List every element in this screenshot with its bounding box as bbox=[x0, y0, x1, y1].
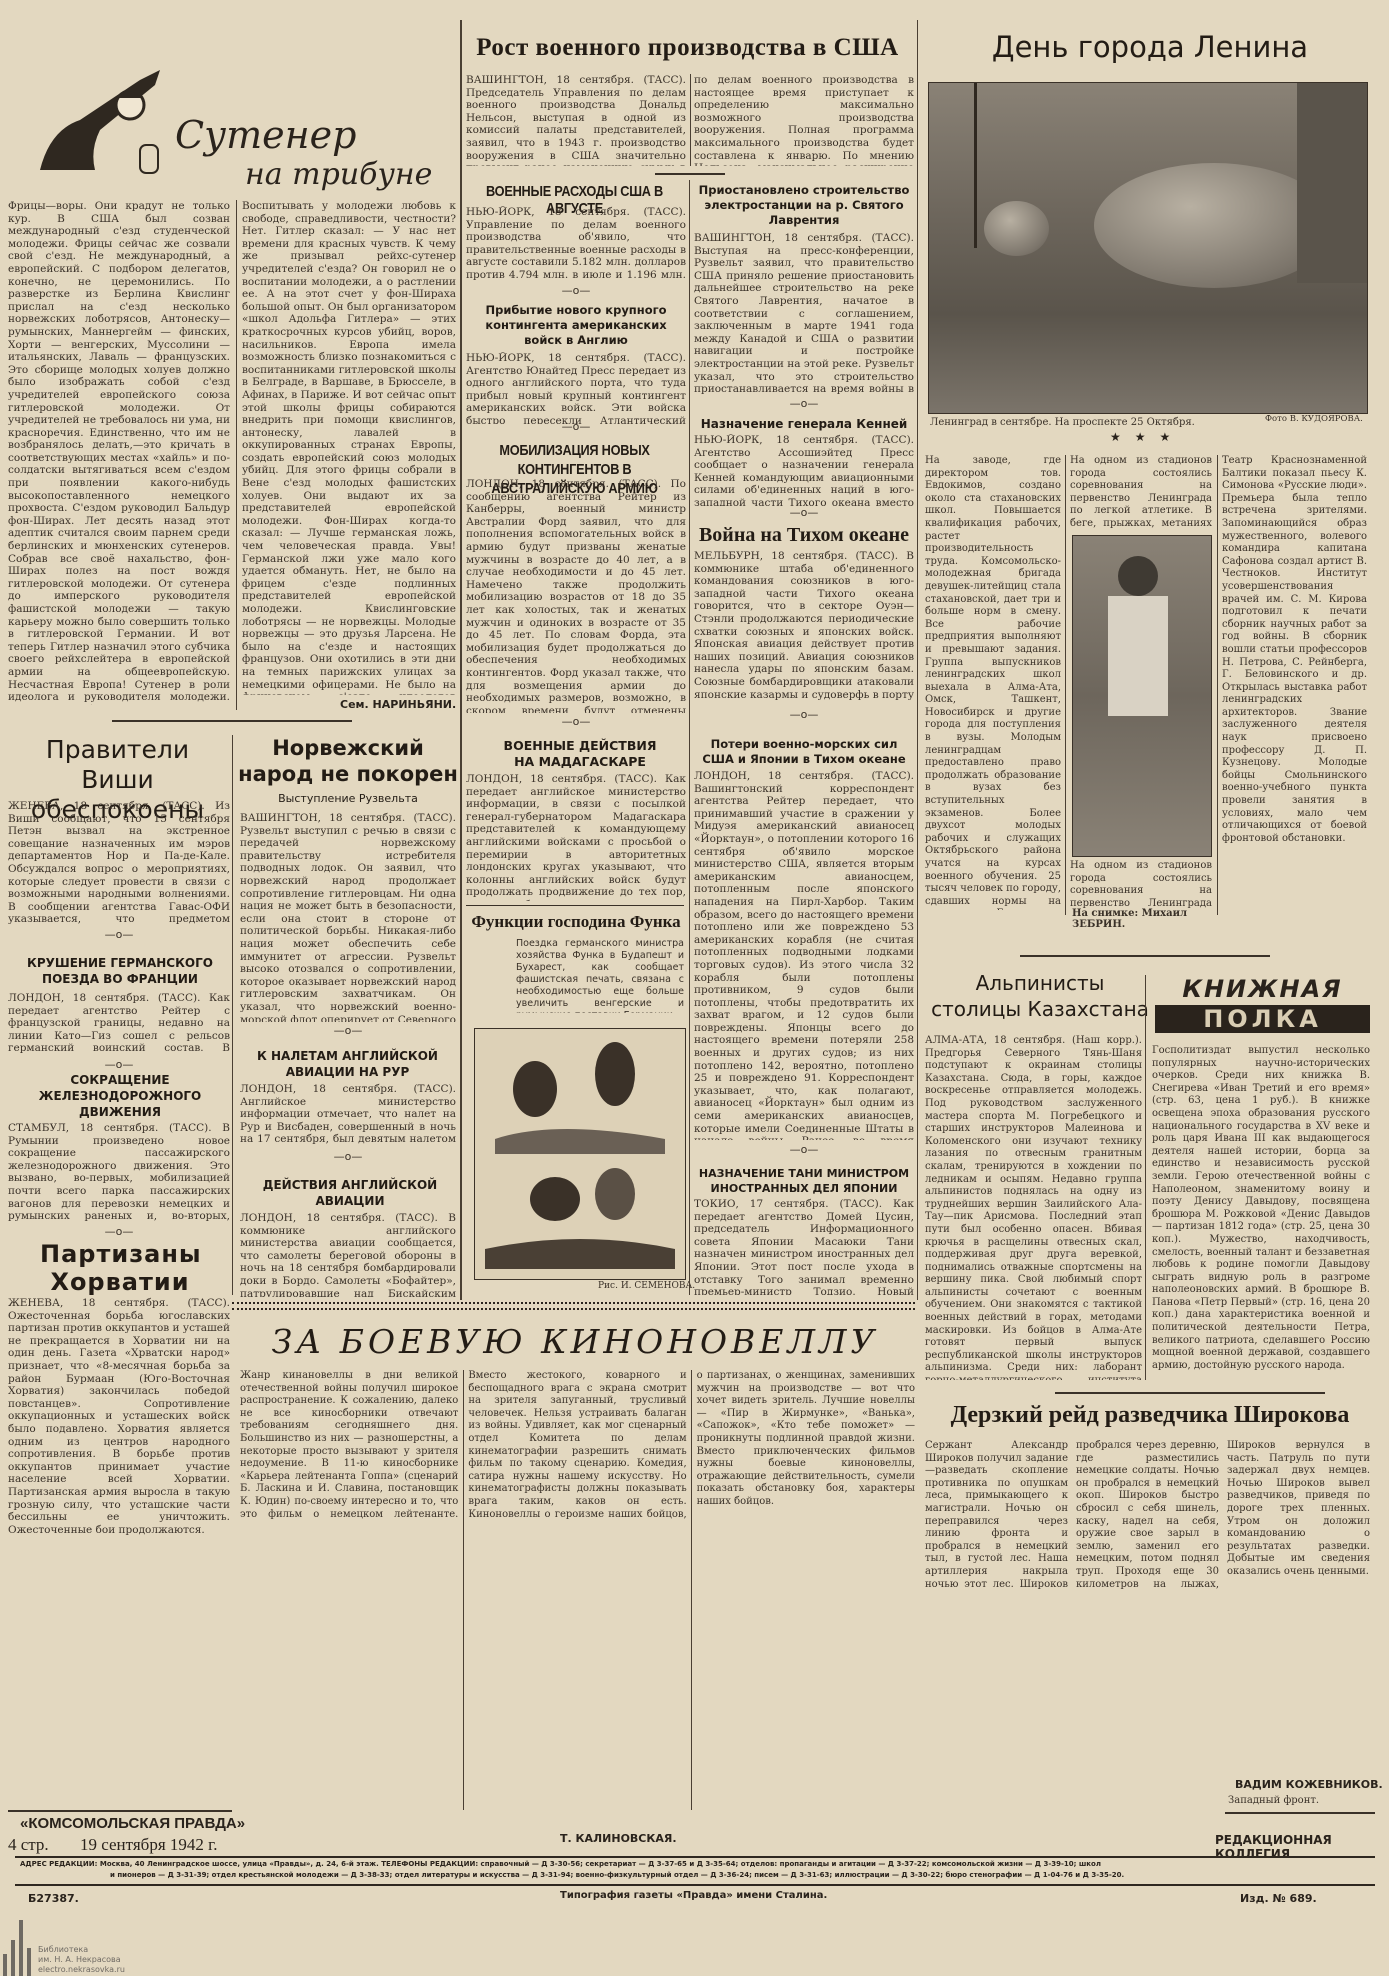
leningrad-items-col2: На одном из стадионов города состоялись … bbox=[1070, 455, 1212, 530]
footer-divider bbox=[8, 1810, 232, 1812]
alpinists-title: Альпинисты столицы Казахстана bbox=[925, 970, 1155, 1022]
kenney-body: НЬЮ-ЙОРК, 18 сентября. (ТАСС). Агентство… bbox=[694, 434, 914, 506]
column-divider bbox=[917, 20, 918, 1300]
usa-production-col2: по делам военного производства в настоящ… bbox=[694, 74, 914, 166]
footer-rule bbox=[15, 1856, 1375, 1858]
sutener-signature: Сем. НАРИНЬЯНИ. bbox=[340, 698, 456, 711]
alpinists-body: АЛМА-АТА, 18 сентября. (Наш корр.). Пред… bbox=[925, 1035, 1142, 1380]
usa-production-col1: ВАШИНГТОН, 18 сентября. (ТАСС). Председа… bbox=[466, 74, 686, 166]
section-divider bbox=[466, 905, 684, 906]
separator bbox=[694, 397, 914, 410]
section-divider bbox=[1020, 955, 1270, 957]
books-body: Госполитиздат выпустил несколько популяр… bbox=[1152, 1045, 1370, 1380]
watermark-line3[interactable]: electro.nekrasovka.ru bbox=[38, 1965, 125, 1975]
library-watermark: Библиотека им. Н. А. Некрасова electro.n… bbox=[38, 1945, 125, 1975]
page-number: 4 стр. bbox=[8, 1835, 49, 1855]
section-divider bbox=[1055, 1392, 1325, 1394]
vichy-body: ЖЕНЕВА, 18 сентября. (ТАСС). Из Виши соо… bbox=[8, 800, 230, 925]
tani-title: НАЗНАЧЕНИЕ ТАНИ МИНИСТРОМ ИНОСТРАННЫХ ДЕ… bbox=[694, 1166, 914, 1196]
cartoon-drawing-icon bbox=[475, 1029, 685, 1279]
paper-name: «КОМСОМОЛЬСКАЯ ПРАВДА» bbox=[20, 1815, 245, 1832]
shirokov-body: Сержант Александр Широков получил задани… bbox=[925, 1440, 1370, 1765]
edition-number: Изд. № 689. bbox=[1240, 1892, 1317, 1905]
usa-production-title: Рост военного производства в США bbox=[465, 34, 910, 62]
railway-body: СТАМБУЛ, 18 сентября. (ТАСС). В Румынии … bbox=[8, 1122, 230, 1222]
separator bbox=[466, 715, 686, 728]
address-line-2: и пионеров — Д 3-31-39; отдел крестьянск… bbox=[110, 1871, 1360, 1879]
australia-body: ЛОНДОН, 18 сентября. (ТАСС). По сообщени… bbox=[466, 478, 686, 713]
shirokov-title: Дерзкий рейд разведчика Широкова bbox=[925, 1402, 1375, 1429]
leningrad-photo2-text: На одном из стадионов города состоялись … bbox=[1070, 860, 1212, 908]
separator bbox=[694, 1143, 914, 1156]
sutener-col2: Воспитывать у молодежи любовь к свободе,… bbox=[242, 200, 456, 695]
naval-losses-title: Потери военно-морских сил США и Японии в… bbox=[694, 737, 914, 767]
order-number: Б27387. bbox=[28, 1892, 79, 1905]
books-title-line2: ПОЛКА bbox=[1155, 1005, 1370, 1033]
cartoon-figure-icon bbox=[20, 60, 170, 180]
norway-body: ВАШИНГТОН, 18 сентября. (ТАСС). Рузвельт… bbox=[240, 812, 456, 1022]
watermark-line1: Библиотека bbox=[38, 1945, 125, 1955]
raf-title: ДЕЙСТВИЯ АНГЛИЙСКОЙ АВИАЦИИ bbox=[255, 1177, 445, 1209]
alpinists-title-line1: Альпинисты bbox=[925, 970, 1155, 996]
troops-england-title: Прибытие нового крупного контингента аме… bbox=[466, 303, 686, 348]
kenney-title: Назначение генерала Кенней bbox=[694, 417, 914, 431]
sutener-col1: Фрицы—воры. Они крадут не только кур. В … bbox=[8, 200, 230, 705]
section-divider bbox=[112, 720, 352, 722]
funk-credit: Рис. И. СЕМЕНОВА. bbox=[598, 1281, 695, 1291]
watermark-line2: им. Н. А. Некрасова bbox=[38, 1955, 125, 1965]
kinonovella-body: Жанр кинановеллы в дни великой отечестве… bbox=[240, 1370, 915, 1810]
funk-cartoon bbox=[474, 1028, 686, 1280]
sutener-cartoon bbox=[20, 60, 170, 180]
naval-losses-body: ЛОНДОН, 18 сентября. (ТАСС). Вашингтонск… bbox=[694, 770, 914, 1140]
separator bbox=[8, 1058, 230, 1071]
shirokov-signature: ВАДИМ КОЖЕВНИКОВ. bbox=[1235, 1778, 1383, 1791]
funk-body: Поездка германского министра хозяйства Ф… bbox=[516, 938, 684, 1013]
leningrad-title: День города Ленина bbox=[925, 30, 1375, 64]
issue-date: 19 сентября 1942 г. bbox=[80, 1835, 217, 1855]
separator bbox=[466, 284, 686, 297]
column-divider bbox=[232, 735, 233, 1295]
separator bbox=[694, 506, 914, 519]
sutener-title-line1: Сутенер bbox=[175, 115, 455, 155]
separator bbox=[8, 1225, 230, 1238]
kinonovella-title: ЗА БОЕВУЮ КИНОНОВЕЛЛУ bbox=[240, 1322, 910, 1361]
section-divider bbox=[1225, 1812, 1375, 1814]
alpinists-title-line2: столицы Казахстана bbox=[925, 996, 1155, 1022]
leningrad-photo-caption: Ленинград в сентябре. На проспекте 25 Ок… bbox=[930, 417, 1195, 428]
train-title: КРУШЕНИЕ ГЕРМАНСКОГО ПОЕЗДА ВО ФРАНЦИИ bbox=[20, 955, 220, 987]
train-body: ЛОНДОН, 18 сентября. (ТАСС). Как передае… bbox=[8, 992, 230, 1054]
partisans-title: Партизаны Хорватии bbox=[40, 1240, 200, 1296]
st-lawrence-title: Приостановлено строительство электростан… bbox=[694, 183, 914, 228]
column-divider bbox=[1065, 455, 1066, 915]
books-logo: КНИЖНАЯ ПОЛКА bbox=[1155, 975, 1370, 1033]
library-logo-icon bbox=[3, 1920, 35, 1976]
leningrad-photo bbox=[928, 82, 1368, 414]
leningrad-items-col3: Театр Краснознаменной Балтики показал пь… bbox=[1222, 455, 1367, 915]
st-lawrence-body: ВАШИНГТОН, 18 сентября. (ТАСС). Выступая… bbox=[694, 232, 914, 394]
funk-title: Функции господина Функа bbox=[466, 912, 686, 932]
leningrad-photo-credit: Фото В. КУДОЯРОВА. bbox=[1265, 414, 1363, 424]
pacific-body: МЕЛЬБУРН, 18 сентября. (ТАСС). В коммюни… bbox=[694, 550, 914, 700]
madagascar-title: ВОЕННЫЕ ДЕЙСТВИЯ НА МАДАГАСКАРЕ bbox=[500, 738, 660, 770]
separator bbox=[240, 1024, 456, 1037]
leningrad-items-col1: На заводе, где директором тов. Евдокимов… bbox=[925, 455, 1061, 910]
norway-title: Норвежский народ не покорен bbox=[238, 735, 458, 787]
tani-body: ТОКИО, 17 сентября. (ТАСС). Как передает… bbox=[694, 1198, 914, 1295]
footer-rule bbox=[15, 1884, 1375, 1886]
books-title-line1: КНИЖНАЯ bbox=[1155, 975, 1370, 1003]
separator bbox=[240, 1150, 456, 1163]
section-divider bbox=[655, 173, 725, 175]
column-divider bbox=[690, 74, 691, 166]
separator bbox=[694, 708, 914, 721]
ruhr-title: К НАЛЕТАМ АНГЛИЙСКОЙ АВИАЦИИ НА РУР bbox=[245, 1048, 450, 1080]
column-divider bbox=[460, 20, 462, 1300]
madagascar-body: ЛОНДОН, 18 сентября. (ТАСС). Как передае… bbox=[466, 773, 686, 901]
separator bbox=[466, 420, 686, 433]
pacific-title: Война на Тихом океане bbox=[694, 524, 914, 547]
troops-england-body: НЬЮ-ЙОРК, 18 сентября. (ТАСС). Агентство… bbox=[466, 352, 686, 424]
athlete-photo bbox=[1072, 535, 1212, 857]
sutener-title: Сутенер на трибуне bbox=[175, 115, 455, 195]
sutener-title-line2: на трибуне bbox=[175, 155, 455, 195]
printer: Типография газеты «Правда» имени Сталина… bbox=[560, 1890, 827, 1901]
shirokov-dateline: Западный фронт. bbox=[1228, 1795, 1319, 1806]
separator bbox=[8, 928, 230, 941]
norway-subtitle: Выступление Рузвельта bbox=[238, 792, 458, 805]
kinonovella-top-border bbox=[232, 1302, 915, 1310]
address-line-1: АДРЕС РЕДАКЦИИ: Москва, 40 Ленинградское… bbox=[20, 1860, 1360, 1868]
column-divider bbox=[1217, 455, 1218, 915]
partisans-body: ЖЕНЕВА, 18 сентября. (ТАСС). Ожесточенна… bbox=[8, 1297, 230, 1807]
ruhr-body: ЛОНДОН, 18 сентября. (ТАСС). Английское … bbox=[240, 1083, 456, 1145]
railway-title: СОКРАЩЕНИЕ ЖЕЛЕЗНОДОРОЖНОГО ДВИЖЕНИЯ bbox=[20, 1072, 220, 1120]
raf-body: ЛОНДОН, 18 сентября. (ТАСС). В коммюнике… bbox=[240, 1212, 456, 1297]
column-divider bbox=[236, 200, 237, 710]
kinonovella-signature: Т. КАЛИНОВСКАЯ. bbox=[560, 1832, 677, 1845]
column-divider bbox=[689, 180, 690, 1295]
usa-spending-body: НЬЮ-ЙОРК, 18 сентября. (ТАСС). Управлени… bbox=[466, 206, 686, 281]
star-divider: ★★★ bbox=[1110, 430, 1184, 444]
column-divider bbox=[1145, 975, 1146, 1380]
athlete-photo-caption: На снимке: Михаил ЗЕБРИН. bbox=[1072, 908, 1212, 930]
